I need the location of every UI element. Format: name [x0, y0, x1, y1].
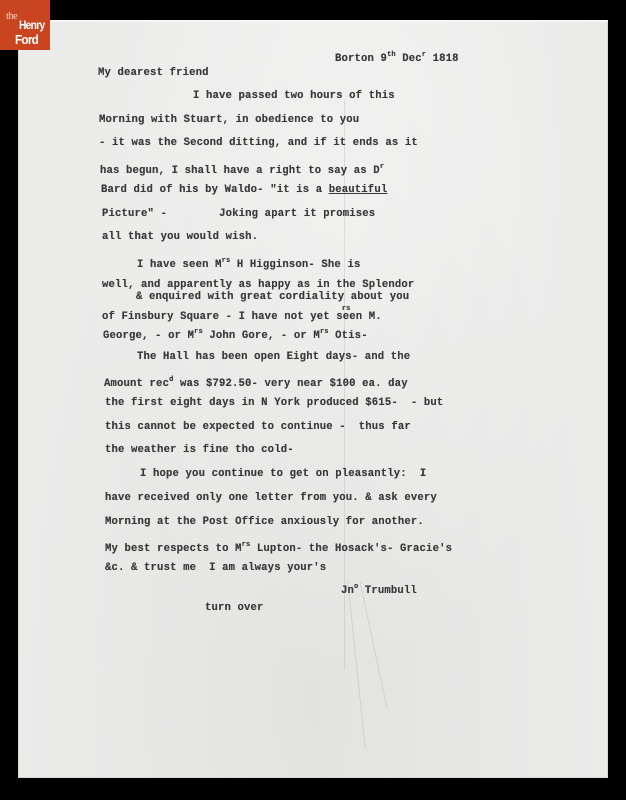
letter-line: I have seen Mrs H Higginson- She is [137, 255, 360, 271]
letter-line-inserted: & enquired with great cordiality about y… [136, 291, 409, 303]
henry-ford-logo: the Henry Ford [0, 0, 50, 50]
letter-line: have received only one letter from you. … [105, 492, 437, 504]
turn-over-note: turn over [205, 602, 264, 614]
logo-henry: Henry [19, 18, 45, 32]
letter-line: the weather is fine tho cold- [105, 444, 294, 456]
page-edge [18, 20, 608, 22]
fold-crease [359, 581, 387, 708]
letter-line: Amount recd was $792.50- very near $100 … [104, 374, 408, 390]
dateline: Borton 9th Decr 1818 [335, 49, 459, 65]
letter-line: The Hall has been open Eight days- and t… [137, 351, 410, 363]
letter-line: Picture" - Joking apart it promises [102, 208, 375, 220]
logo-ford: Ford [15, 32, 38, 47]
letter-line: has begun, I shall have a right to say a… [100, 161, 384, 177]
letter-line: all that you would wish. [102, 231, 258, 243]
logo-the: the [6, 11, 17, 22]
letter-line: My best respects to Mrs Lupton- the Hosa… [105, 539, 452, 555]
letter-page: Borton 9th Decr 1818 My dearest friend I… [18, 20, 608, 778]
letter-line: of Finsbury Square - I have not yet seen… [102, 303, 351, 323]
salutation: My dearest friend [98, 67, 209, 79]
fold-crease [347, 580, 366, 749]
letter-line: the first eight days in N York produced … [105, 397, 443, 409]
letter-line: &c. & trust me I am always your's [105, 562, 326, 574]
letter-line: Morning at the Post Office anxiously for… [105, 516, 424, 528]
letter-line: this cannot be expected to continue - th… [105, 421, 411, 433]
letter-line: Morning with Stuart, in obedience to you [99, 114, 359, 126]
letter-line: I hope you continue to get on pleasantly… [140, 468, 426, 480]
letter-line: George, - or Mrs John Gore, - or Mrs Oti… [103, 326, 368, 342]
letter-line: - it was the Second ditting, and if it e… [99, 137, 418, 149]
letter-line: Bard did of his by Waldo- "it is a beaut… [101, 184, 387, 196]
letter-line: I have passed two hours of this [193, 90, 395, 102]
signature: Jno Trumbull [341, 581, 417, 597]
underlined-word: beautiful [329, 184, 388, 196]
letter-line: well, and apparently as happy as in the … [102, 279, 414, 291]
